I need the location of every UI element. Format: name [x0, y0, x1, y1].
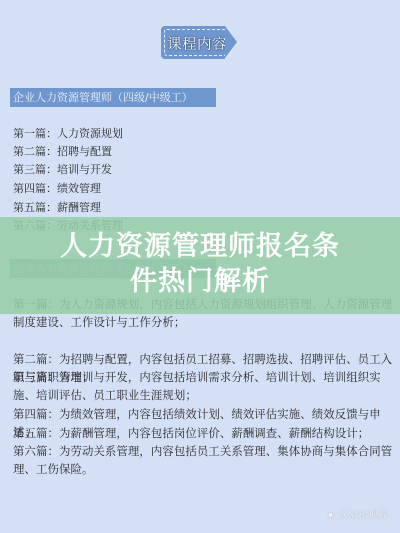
chapter-description: 第三篇：为培训与开发，内容包括培训需求分析、培训计划、培训组织实施、培训评估、员…: [13, 368, 393, 405]
chapter-name: 培训与开发: [57, 163, 112, 176]
chapter-item: 第三篇：培训与开发: [13, 163, 112, 177]
chapter-item: 第四篇：绩效管理: [13, 182, 101, 196]
course-content-page: 课程内容 企业人力资源管理师（四级/中级工） 第一篇：人力资源规划 第二篇：招聘…: [0, 0, 400, 533]
chapter-description: 第六篇：为劳动关系管理，内容包括员工关系管理、集体协商与集体合同管理、工伤保险。: [13, 442, 393, 479]
overlay-title-line2: 件热门解析: [0, 264, 400, 299]
watermark-text: 众信新视界: [338, 510, 388, 521]
chapter-item: 第五篇：薪酬管理: [13, 201, 101, 215]
chapter-number: 第二篇：: [13, 145, 57, 158]
chapter-item: 第二篇：招聘与配置: [13, 145, 112, 159]
watermark: ❀ 众信新视界: [326, 506, 388, 521]
chapter-number: 第四篇：: [13, 182, 57, 195]
chapter-number: 第三篇：: [13, 163, 57, 176]
chapter-number: 第一篇：: [13, 127, 57, 140]
chapter-number: 第五篇：: [13, 201, 57, 214]
course-content-badge: 课程内容: [161, 26, 225, 59]
level-four-title: 企业人力资源管理师（四级/中级工）: [10, 88, 216, 107]
paw-icon: ❀: [326, 510, 334, 521]
chapter-description: 第五篇：为薪酬管理，内容包括岗位评价、薪酬调查、薪酬结构设计；: [13, 424, 393, 442]
overlay-title-line1: 人力资源管理师报名条: [0, 229, 400, 264]
overlay-title: 人力资源管理师报名条 件热门解析: [0, 229, 400, 299]
chapter-name: 绩效管理: [57, 182, 101, 195]
chapter-name: 人力资源规划: [57, 127, 123, 140]
chapter-item: 第一篇：人力资源规划: [13, 127, 123, 141]
chapter-name: 薪酬管理: [57, 201, 101, 214]
chapter-name: 招聘与配置: [57, 145, 112, 158]
badge-label: 课程内容: [167, 33, 227, 54]
